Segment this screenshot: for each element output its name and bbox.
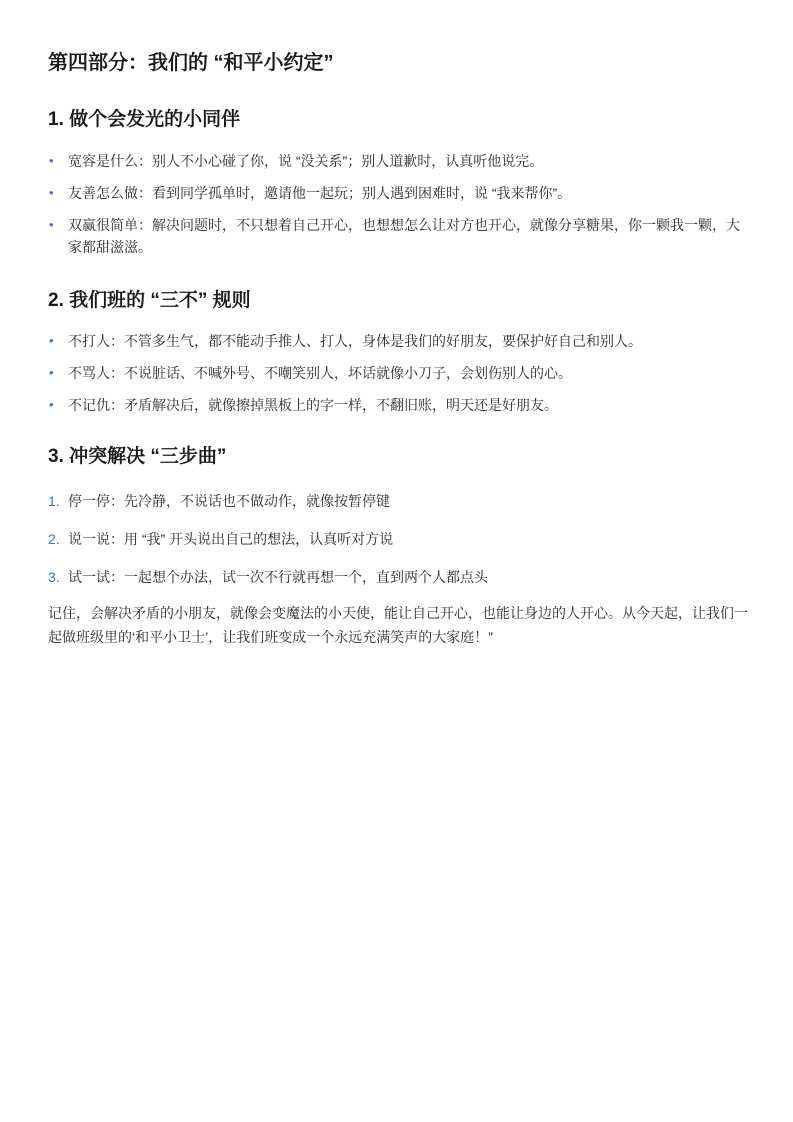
bullet-icon: •	[49, 362, 54, 384]
numbered-list: 1. 停一停：先冷静，不说话也不做动作，就像按暂停键 2. 说一说：用 “我” …	[48, 490, 748, 588]
closing-paragraph: 记住，会解决矛盾的小朋友，就像会变魔法的小天使，能让自己开心，也能让身边的人开心…	[48, 601, 748, 649]
section-heading-2: 2. 我们班的 “三不” 规则	[48, 289, 251, 313]
list-item-text: 宽容是什么：别人不小心碰了你，说 “没关系”；别人道歉时，认真听他说完。	[68, 153, 543, 169]
list-item: 3. 试一试：一起想个办法，试一次不行就再想一个，直到两个人都点头	[48, 566, 748, 588]
bullet-icon: •	[49, 150, 54, 172]
list-item: • 不打人：不管多生气，都不能动手推人、打人，身体是我们的好朋友，要保护好自己和…	[48, 330, 748, 352]
page-title: 第四部分：我们的 “和平小约定”	[48, 50, 334, 76]
list-item: 2. 说一说：用 “我” 开头说出自己的想法，认真听对方说	[48, 528, 748, 550]
list-item-text: 友善怎么做：看到同学孤单时，邀请他一起玩；别人遇到困难时，说 “我来帮你”。	[68, 185, 571, 201]
bullet-list-2: • 不打人：不管多生气，都不能动手推人、打人，身体是我们的好朋友，要保护好自己和…	[48, 330, 748, 416]
list-number: 1.	[48, 490, 60, 512]
list-item-text: 不骂人：不说脏话、不喊外号、不嘲笑别人，坏话就像小刀子，会划伤别人的心。	[68, 365, 572, 381]
bullet-icon: •	[49, 330, 54, 352]
bullet-icon: •	[49, 214, 54, 236]
list-item: • 友善怎么做：看到同学孤单时，邀请他一起玩；别人遇到困难时，说 “我来帮你”。	[48, 182, 748, 204]
list-item-text: 不打人：不管多生气，都不能动手推人、打人，身体是我们的好朋友，要保护好自己和别人…	[68, 333, 642, 349]
list-item-text: 不记仇：矛盾解决后，就像擦掉黑板上的字一样，不翻旧账，明天还是好朋友。	[68, 397, 558, 413]
list-item-text: 说一说：用 “我” 开头说出自己的想法，认真听对方说	[68, 531, 393, 547]
list-item: • 双赢很简单：解决问题时，不只想着自己开心，也想想怎么让对方也开心，就像分享糖…	[48, 214, 748, 258]
list-item-text: 停一停：先冷静，不说话也不做动作，就像按暂停键	[68, 493, 390, 509]
bullet-list-1: • 宽容是什么：别人不小心碰了你，说 “没关系”；别人道歉时，认真听他说完。 •…	[48, 150, 748, 258]
bullet-icon: •	[49, 394, 54, 416]
section-heading-1: 1. 做个会发光的小同伴	[48, 108, 240, 132]
list-item: • 不骂人：不说脏话、不喊外号、不嘲笑别人，坏话就像小刀子，会划伤别人的心。	[48, 362, 748, 384]
list-item-text: 试一试：一起想个办法，试一次不行就再想一个，直到两个人都点头	[68, 569, 488, 585]
list-item: • 宽容是什么：别人不小心碰了你，说 “没关系”；别人道歉时，认真听他说完。	[48, 150, 748, 172]
bullet-icon: •	[49, 182, 54, 204]
list-item-text: 双赢很简单：解决问题时，不只想着自己开心，也想想怎么让对方也开心，就像分享糖果，…	[68, 217, 740, 255]
list-number: 3.	[48, 566, 60, 588]
section-heading-3: 3. 冲突解决 “三步曲”	[48, 445, 226, 469]
list-item: 1. 停一停：先冷静，不说话也不做动作，就像按暂停键	[48, 490, 748, 512]
list-number: 2.	[48, 528, 60, 550]
list-item: • 不记仇：矛盾解决后，就像擦掉黑板上的字一样，不翻旧账，明天还是好朋友。	[48, 394, 748, 416]
